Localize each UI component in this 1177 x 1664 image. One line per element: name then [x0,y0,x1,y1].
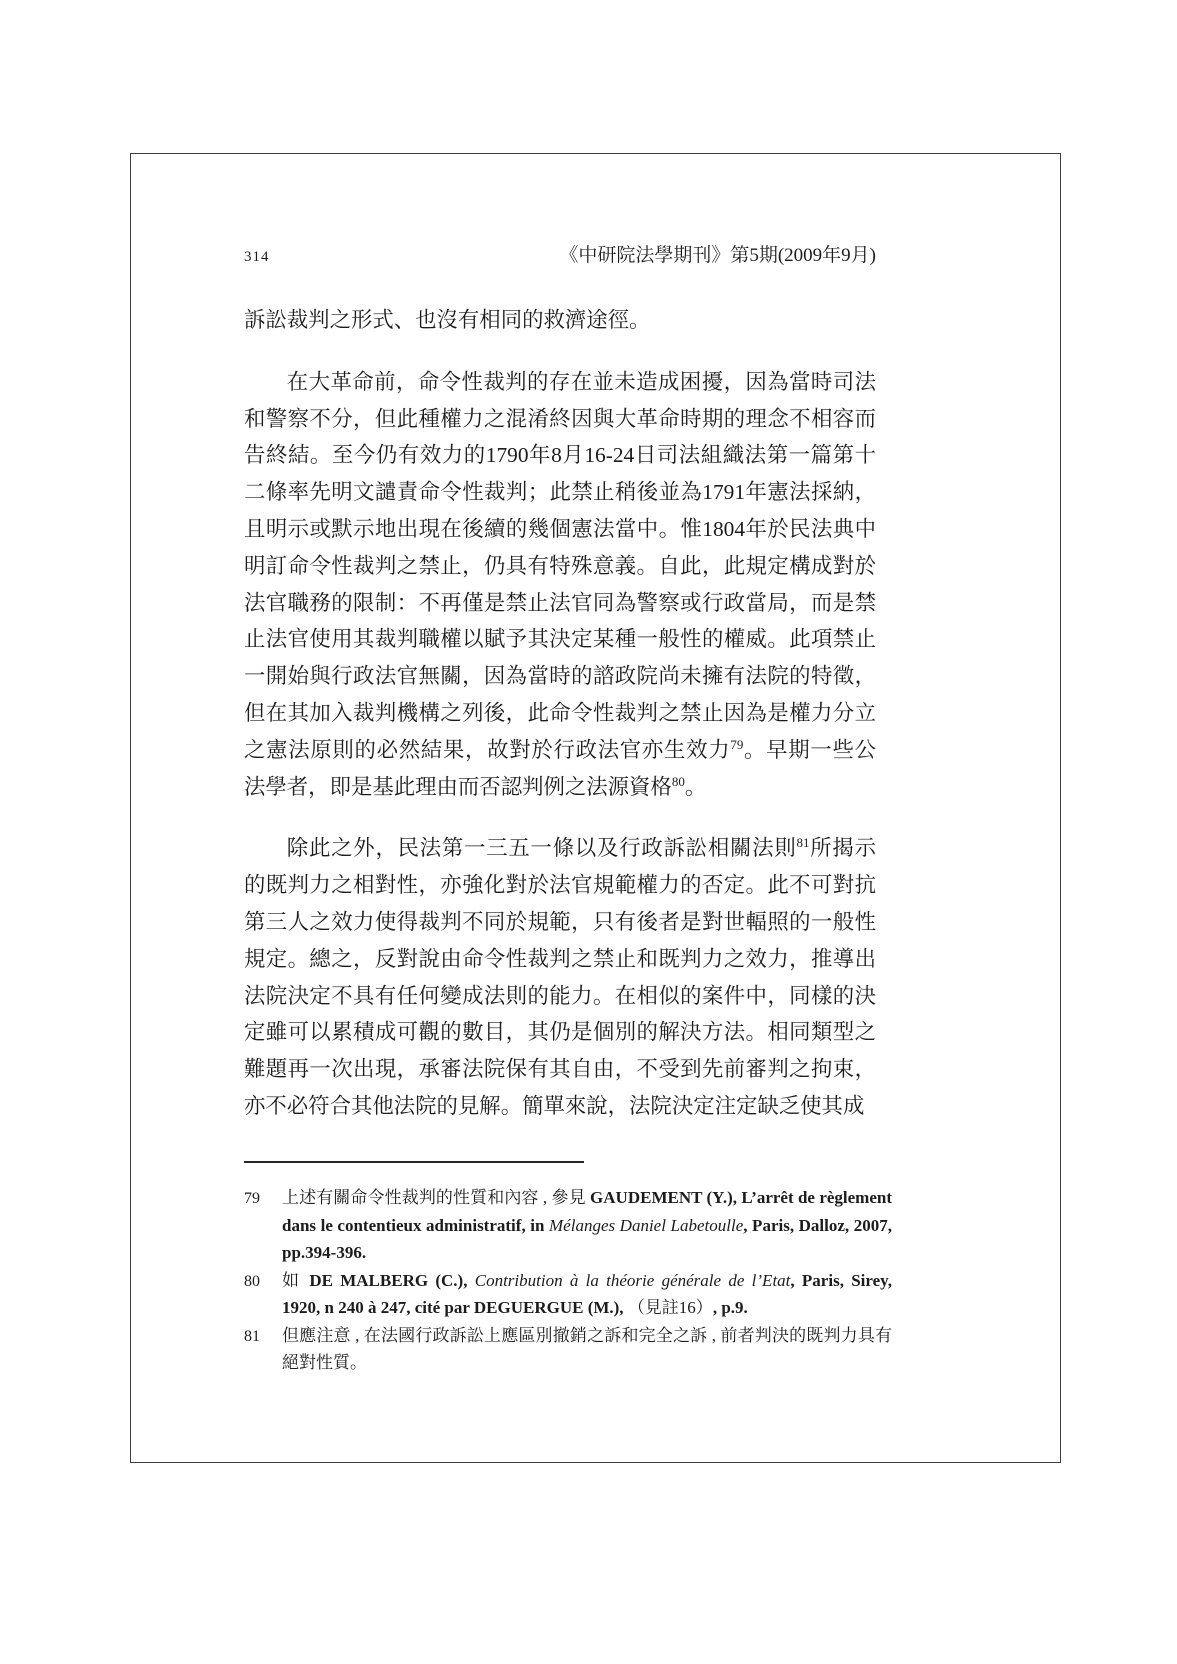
text-run: 如 [282,1271,309,1290]
text-run: Contribution à la théorie générale de l’… [475,1271,791,1290]
footnote-text: 上述有關命令性裁判的性質和內容 , 參見 GAUDEMENT (Y.), L’a… [282,1184,892,1267]
footnote-item: 81但應注意 , 在法國行政訴訟上應區別撤銷之訴和完全之訴 , 前者判決的既判力… [244,1322,892,1377]
page-number: 314 [244,249,270,266]
journal-title: 《中研院法學期刊》第5期(2009年9月) [559,240,876,267]
footnote-text: 但應注意 , 在法國行政訴訟上應區別撤銷之訴和完全之訴 , 前者判決的既判力具有… [282,1322,892,1377]
footnote-ref: 79 [730,737,743,752]
text-run: （見註16） [628,1298,713,1317]
footnote-ref: 81 [797,835,810,850]
page-frame: 314 《中研院法學期刊》第5期(2009年9月) 訴訟裁判之形式、也沒有相同的… [130,153,1061,1463]
footnote-list: 79上述有關命令性裁判的性質和內容 , 參見 GAUDEMENT (Y.), L… [244,1184,892,1377]
footnote-number: 79 [244,1184,282,1267]
text-run: Mélanges Daniel Labetoulle [549,1216,743,1235]
para-intro: 訴訟裁判之形式、也沒有相同的救濟途徑。 [244,302,876,339]
page-header: 314 《中研院法學期刊》第5期(2009年9月) [244,240,876,267]
footnote-number: 81 [244,1322,282,1377]
text-run: 。 [685,775,706,799]
text-run: 訴訟裁判之形式、也沒有相同的救濟途徑。 [244,308,650,332]
text-run: 上述有關命令性裁判的性質和內容 , 參見 [282,1188,590,1207]
body-text: 訴訟裁判之形式、也沒有相同的救濟途徑。在大革命前，命令性裁判的存在並未造成困擾，… [244,302,876,1125]
text-run: 除此之外，民法第一三五一條以及行政訴訟相關法則 [287,836,797,860]
footnote-text: 如 DE MALBERG (C.), Contribution à la thé… [282,1267,892,1322]
text-run: DE MALBERG (C.), [309,1271,474,1290]
footnote-ref: 80 [672,773,685,788]
para-res-judicata: 除此之外，民法第一三五一條以及行政訴訟相關法則81所揭示的既判力之相對性，亦強化… [244,830,876,1124]
document-page: { "meta": { "background": "#ffffff", "in… [0,0,1177,1664]
text-run: 在大革命前，命令性裁判的存在並未造成困擾，因為當時司法和警察不分，但此種權力之混… [244,370,876,762]
footnote-separator [244,1161,584,1163]
text-run: 但應注意 , 在法國行政訴訟上應區別撤銷之訴和完全之訴 , 前者判決的既判力具有… [282,1326,892,1373]
text-run: 所揭示的既判力之相對性，亦強化對於法官規範權力的否定。此不可對抗第三人之效力使得… [244,836,876,1118]
para-revolution: 在大革命前，命令性裁判的存在並未造成困擾，因為當時司法和警察不分，但此種權力之混… [244,364,876,806]
footnote-number: 80 [244,1267,282,1322]
footnote-item: 80如 DE MALBERG (C.), Contribution à la t… [244,1267,892,1322]
text-run: , p.9. [713,1298,748,1317]
footnote-section: 79上述有關命令性裁判的性質和內容 , 參見 GAUDEMENT (Y.), L… [244,1161,892,1377]
footnote-item: 79上述有關命令性裁判的性質和內容 , 參見 GAUDEMENT (Y.), L… [244,1184,892,1267]
